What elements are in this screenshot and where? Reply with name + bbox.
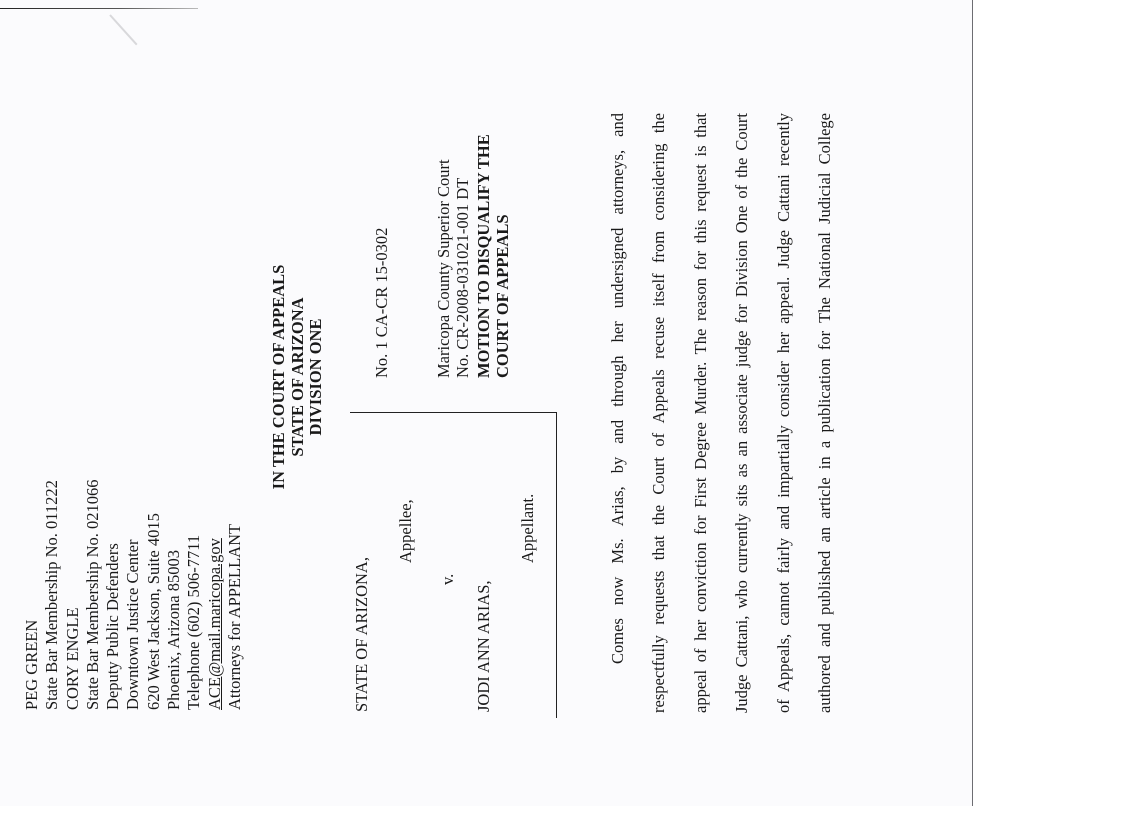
defendant-role: Appellant. [518, 494, 538, 563]
court-title-line: STATE OF ARIZONA [289, 0, 308, 754]
bar-number: State Bar Membership No. 021066 [83, 479, 103, 710]
attorney-title: Deputy Public Defenders [103, 479, 123, 710]
body-line: Judge Cattani, who currently sits as an … [721, 113, 762, 713]
telephone: Telephone (602) 506-7711 [184, 479, 204, 710]
address-city: Phoenix, Arizona 85003 [164, 479, 184, 710]
motion-title-line: MOTION TO DISQUALIFY THE [474, 134, 493, 378]
lower-court: Maricopa County Superior Court [434, 159, 453, 378]
office-name: Downtown Justice Center [123, 479, 143, 710]
attorney-name: PEG GREEN [22, 479, 42, 710]
motion-title: MOTION TO DISQUALIFY THE COURT OF APPEAL… [474, 134, 512, 378]
case-caption: STATE OF ARIZONA, Appellee, v. JODI ANN … [350, 58, 562, 718]
rotated-document: PEG GREEN State Bar Membership No. 01122… [0, 0, 972, 806]
scanned-page: PEG GREEN State Bar Membership No. 01122… [0, 0, 973, 806]
court-title-line: IN THE COURT OF APPEALS [270, 0, 289, 754]
email-link[interactable]: ACE@mail.maricopa.gov [205, 479, 225, 710]
court-title: IN THE COURT OF APPEALS STATE OF ARIZONA… [270, 0, 326, 806]
plaintiff-role: Appellee, [396, 499, 416, 563]
bar-number: State Bar Membership No. 011222 [42, 479, 62, 710]
lower-court-info: Maricopa County Superior Court No. CR-20… [434, 159, 472, 378]
attorney-block: PEG GREEN State Bar Membership No. 01122… [22, 479, 245, 710]
body-line: appeal of her conviction for First Degre… [680, 113, 721, 713]
parties-box: STATE OF ARIZONA, Appellee, v. JODI ANN … [350, 412, 557, 718]
body-line: authored and published an article in a p… [804, 113, 845, 713]
lower-case-number: No. CR-2008-031021-001 DT [453, 159, 472, 378]
defendant: JODI ANN ARIAS, [474, 580, 494, 712]
plaintiff: STATE OF ARIZONA, [352, 557, 372, 712]
body-paragraph: Comes now Ms. Arias, by and through her … [597, 113, 845, 713]
attorney-name: CORY ENGLE [63, 479, 83, 710]
body-line: respectfully requests that the Court of … [638, 113, 679, 713]
address-street: 620 West Jackson, Suite 4015 [144, 479, 164, 710]
attorneys-for: Attorneys for APPELLANT [225, 479, 245, 710]
court-title-line: DIVISION ONE [307, 0, 326, 754]
case-number: No. 1 CA-CR 15-0302 [372, 228, 391, 378]
body-line: of Appeals, cannot fairly and impartiall… [763, 113, 804, 713]
versus: v. [438, 574, 458, 585]
motion-title-line: COURT OF APPEALS [493, 134, 512, 378]
body-line: Comes now Ms. Arias, by and through her … [597, 113, 638, 713]
